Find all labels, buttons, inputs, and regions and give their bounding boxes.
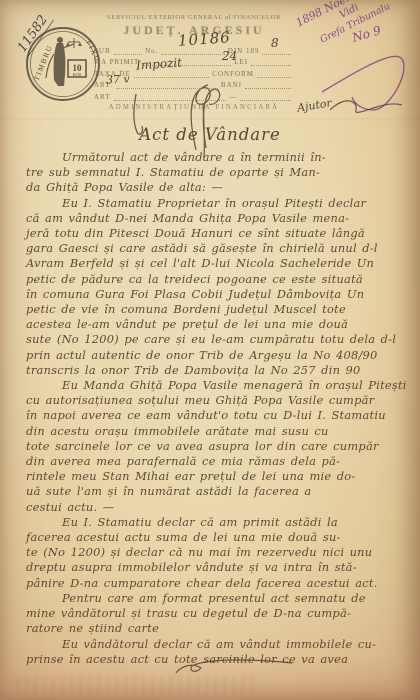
paragraph: Eu Manda Ghiță Popa Vasile menageră în o… (26, 378, 418, 515)
handwritten-line: jeră totu din Pitesci Două Hanuri ce sîn… (26, 226, 418, 241)
handwritten-line: în comuna Gura Foi Plasa Cobii Județul D… (26, 287, 418, 302)
clerk-role-label: Ajutor (296, 96, 332, 114)
form-label: SUB (94, 47, 111, 55)
handwritten-year-digit: 8 (271, 36, 279, 50)
handwritten-line: Eu I. Stamatiu Proprietar în orașul Pite… (26, 196, 418, 211)
handwritten-line: tre sub semnatul I. Stamatiu de oparte ș… (26, 165, 418, 180)
stamp-figure-icon (46, 37, 82, 86)
handwritten-line: că am vândut D-nei Manda Ghița Popa Vasi… (26, 211, 418, 226)
handwritten-line: din acestu orașu immobilele arătate mai … (26, 424, 418, 439)
form-label: No. (145, 47, 158, 55)
handwritten-lei-amount: 24 (222, 49, 237, 63)
handwritten-line: Eu Manda Ghiță Popa Vasile menageră în o… (26, 378, 418, 393)
stamp-denomination: 10 BANI (68, 60, 86, 77)
handwritten-line: rintele meu Stan Mihai ear prețul de lei… (26, 469, 418, 484)
handwritten-line: transcris la onor Trib de Dambovița la N… (26, 363, 418, 378)
form-label: CONFORM (212, 70, 254, 78)
document-page: 11582 TIMBRU FIXU 10 BANI SERVICIUL EXTE… (0, 0, 420, 700)
handwritten-file-number: 10186 (177, 28, 231, 50)
handwritten-line: Următorul act de vândare a în terminii î… (26, 150, 418, 165)
handwritten-line: petic de pădure ca la treideci pogoane c… (26, 272, 418, 287)
clerk-signature-flourish (330, 101, 402, 113)
handwritten-line: Avram Berfeld și și cel l'alt D-lui Nico… (26, 256, 418, 271)
stamp-arc-left-text: TIMBRU (32, 43, 55, 82)
form-row-sa: S'A PRIMIT LEI (94, 55, 294, 67)
printed-header: SERVICIUL EXTERIOR GENERAL al FINANCELOR… (94, 14, 294, 111)
purple-date-note: 1898 Noembrie 16 Vidi Grefa Tribunalu (278, 0, 420, 61)
handwritten-line: ratore ne știind carte (26, 621, 418, 636)
handwritten-line: Eu vândătorul declar că am vândut immobi… (26, 637, 418, 652)
paragraph: Eu I. Stamatiu Proprietar în orașul Pite… (26, 196, 418, 378)
ink-bleed-through (10, 676, 260, 694)
handwritten-article-number: 37 v (106, 72, 130, 86)
fiscal-stamp-seal: TIMBRU FIXU 10 BANI (24, 24, 102, 104)
handwritten-line: dreptu asupra immobilelor vândute și va … (26, 560, 418, 575)
handwritten-line: sute (No 1200) pe care și eu le-am cumpă… (26, 332, 418, 347)
handwritten-line: da Ghiță Popa Vasile de alta: — (26, 180, 418, 195)
handwritten-line: pânire D-na cumparatore chear dela facer… (26, 576, 418, 591)
handwritten-line: din averea mea parafernală ce mia rămas … (26, 454, 418, 469)
paragraph: Următorul act de vândare a în terminii î… (26, 150, 418, 196)
handwritten-line: petic de vie în comuna Bordeni județul M… (26, 302, 418, 317)
purple-signature-flourish (322, 56, 404, 110)
handwritten-line: cestui actu. — (26, 500, 418, 515)
form-label: — (229, 93, 237, 101)
handwritten-line: facerea acestui actu suma de lei una mie… (26, 530, 418, 545)
handwritten-line: Pentru care am format presentul act semn… (26, 591, 418, 606)
stamp-value: 10 (73, 63, 83, 73)
handwritten-line: prinse în acestu act cu tote sarcinile l… (26, 652, 418, 667)
form-label: ART (94, 93, 111, 101)
handwritten-line: gara Gaesci și care astădi să găsește în… (26, 241, 418, 256)
administration-stamp-line: ADMINISTRAŢIUNEA FINANCIARĂ (94, 104, 294, 111)
form-row-art2: ART — (94, 89, 294, 101)
handwritten-line: Eu I. Stamatiu declar că am primit astăd… (26, 515, 418, 530)
ministry-line: SERVICIUL EXTERIOR GENERAL al FINANCELOR (94, 14, 294, 21)
paragraph: Eu I. Stamatiu declar că am primit astăd… (26, 515, 418, 591)
document-title: Act de Vândare (0, 125, 420, 144)
paragraph: Eu vândătorul declar că am vândut immobi… (26, 637, 418, 667)
handwritten-line: mine vândătorul și trasu cu degetul de D… (26, 606, 418, 621)
paragraph: Pentru care am format presentul act semn… (26, 591, 418, 637)
stamp-unit: BANI (73, 73, 83, 77)
handwritten-line: te (No 1200) și declar că nu mai îm reze… (26, 545, 418, 560)
handwritten-line: în napoi averea ce eam vândut'o totu cu … (26, 408, 418, 423)
handwritten-line: acestea le-am vândut pe prețul de lei un… (26, 317, 418, 332)
handwritten-line: uă sute l'am și în numărat astădi la fac… (26, 484, 418, 499)
handwritten-line: tote sarcinele lor ce va avea asupra lor… (26, 439, 418, 454)
form-label: S'A PRIMIT (94, 58, 139, 66)
deed-body-text: Următorul act de vândare a în terminii î… (26, 150, 418, 667)
handwritten-line: cu autorisațiunea soțului meu Ghiță Popa… (26, 393, 418, 408)
paper-crease (0, 118, 420, 120)
form-label: BANI (221, 81, 242, 89)
handwritten-line: prin actul autentic de onor Trib de Arge… (26, 348, 418, 363)
